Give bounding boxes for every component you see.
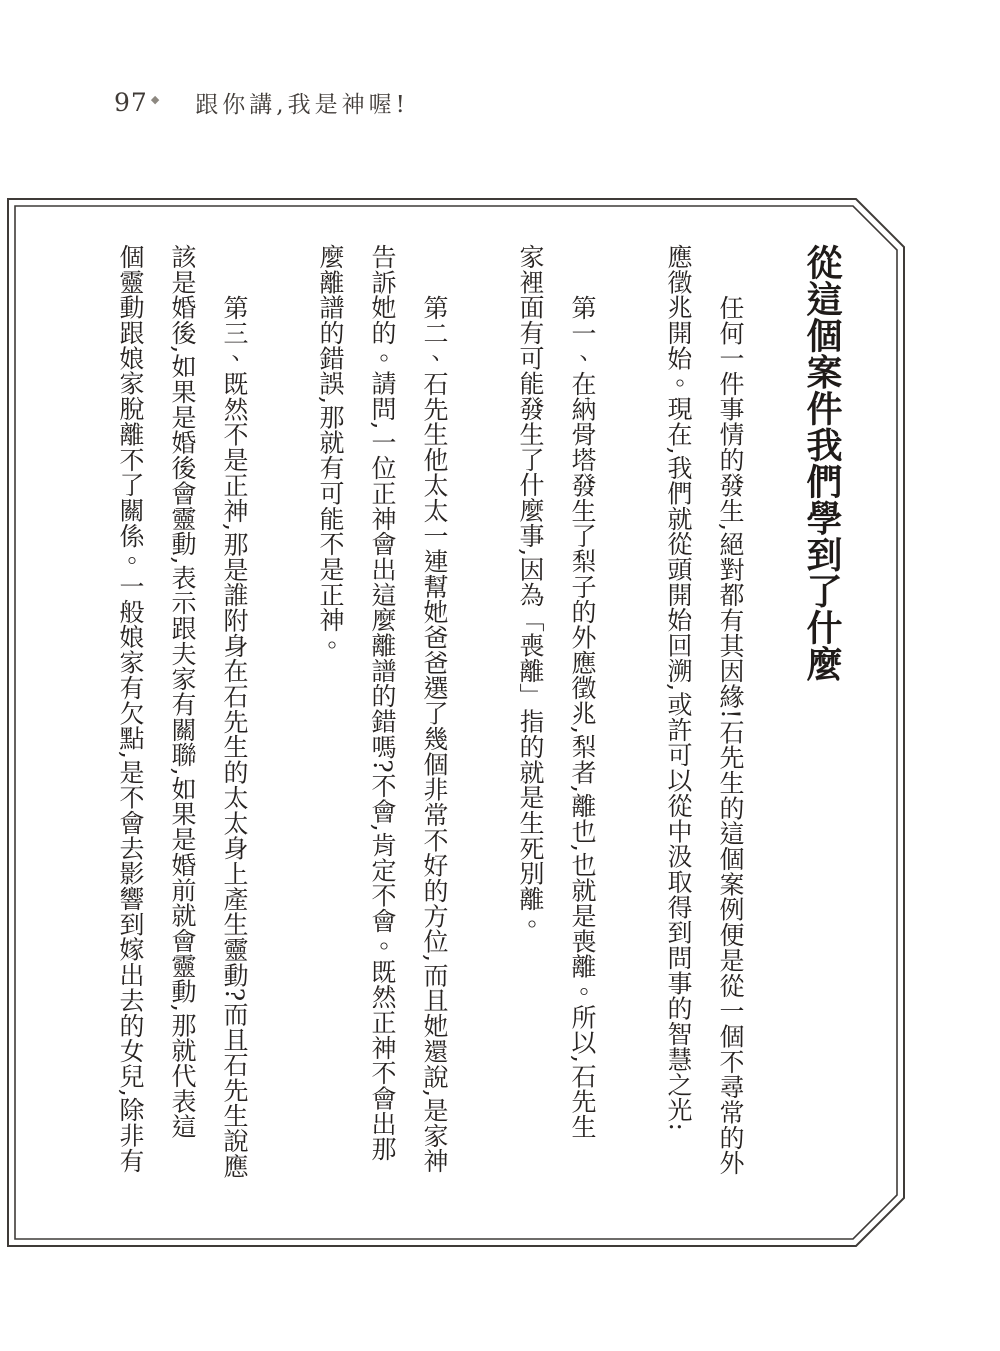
paragraph-point-1: 第一、在納骨塔發生了梨子的外應徵兆,梨者,離也,也就是喪離。所以,石先生 家裡面…	[504, 244, 608, 1270]
text-column: 第一、在納骨塔發生了梨子的外應徵兆,梨者,離也,也就是喪離。所以,石先生	[556, 244, 608, 1270]
article-title: 從這個案件我們學到了什麼	[786, 244, 858, 682]
paragraph-point-2: 第二、石先生他太太一連幫她爸爸選了幾個非常不好的方位,而且她還說,是家神 告訴她…	[304, 244, 460, 1270]
text-column: 第二、石先生他太太一連幫她爸爸選了幾個非常不好的方位,而且她還說,是家神	[408, 244, 460, 1270]
book-title: 跟你講,我是神喔!	[195, 86, 409, 119]
text-column: 麼離譜的錯誤,那就有可能不是正神。	[304, 244, 356, 1219]
text-column: 該是婚後,如果是婚後會靈動,表示跟夫家有關聯,如果是婚前就會靈動,那就代表這	[156, 244, 208, 1219]
page-number: 97	[114, 88, 148, 117]
article: 從這個案件我們學到了什麼 任何一件事情的發生,絕對都有其因緣!石先生的這個案例便…	[104, 244, 858, 1244]
running-header: 97 ◆ 跟你講,我是神喔!	[114, 86, 409, 119]
paragraph-intro: 任何一件事情的發生,絕對都有其因緣!石先生的這個案例便是從一個不尋常的外 應徵兆…	[652, 244, 756, 1270]
diamond-icon: ◆	[151, 93, 159, 106]
text-column: 任何一件事情的發生,絕對都有其因緣!石先生的這個案例便是從一個不尋常的外	[704, 244, 756, 1270]
text-column: 家裡面有可能發生了什麼事,因為「喪離」指的就是生死別離。	[504, 244, 556, 1219]
text-column: 告訴她的。請問,一位正神會出這麼離譜的錯嗎?不會,肯定不會。既然正神不會出那	[356, 244, 408, 1219]
text-column: 應徵兆開始。現在,我們就從頭開始回溯,或許可以從中汲取得到問事的智慧之光:	[652, 244, 704, 1219]
paragraph-point-3: 第三、既然不是正神,那是誰附身在石先生的太太身上產生靈動?而且石先生說應 該是婚…	[104, 244, 260, 1270]
book-page: 97 ◆ 跟你講,我是神喔! 從這個案件我們學到了什麼 任何一件事情的發生,絕對…	[0, 0, 1000, 1351]
text-column: 第三、既然不是正神,那是誰附身在石先生的太太身上產生靈動?而且石先生說應	[208, 244, 260, 1270]
text-column: 個靈動跟娘家脫離不了關係。一般娘家有欠點,是不會去影響到嫁出去的女兒,除非有	[104, 244, 156, 1219]
